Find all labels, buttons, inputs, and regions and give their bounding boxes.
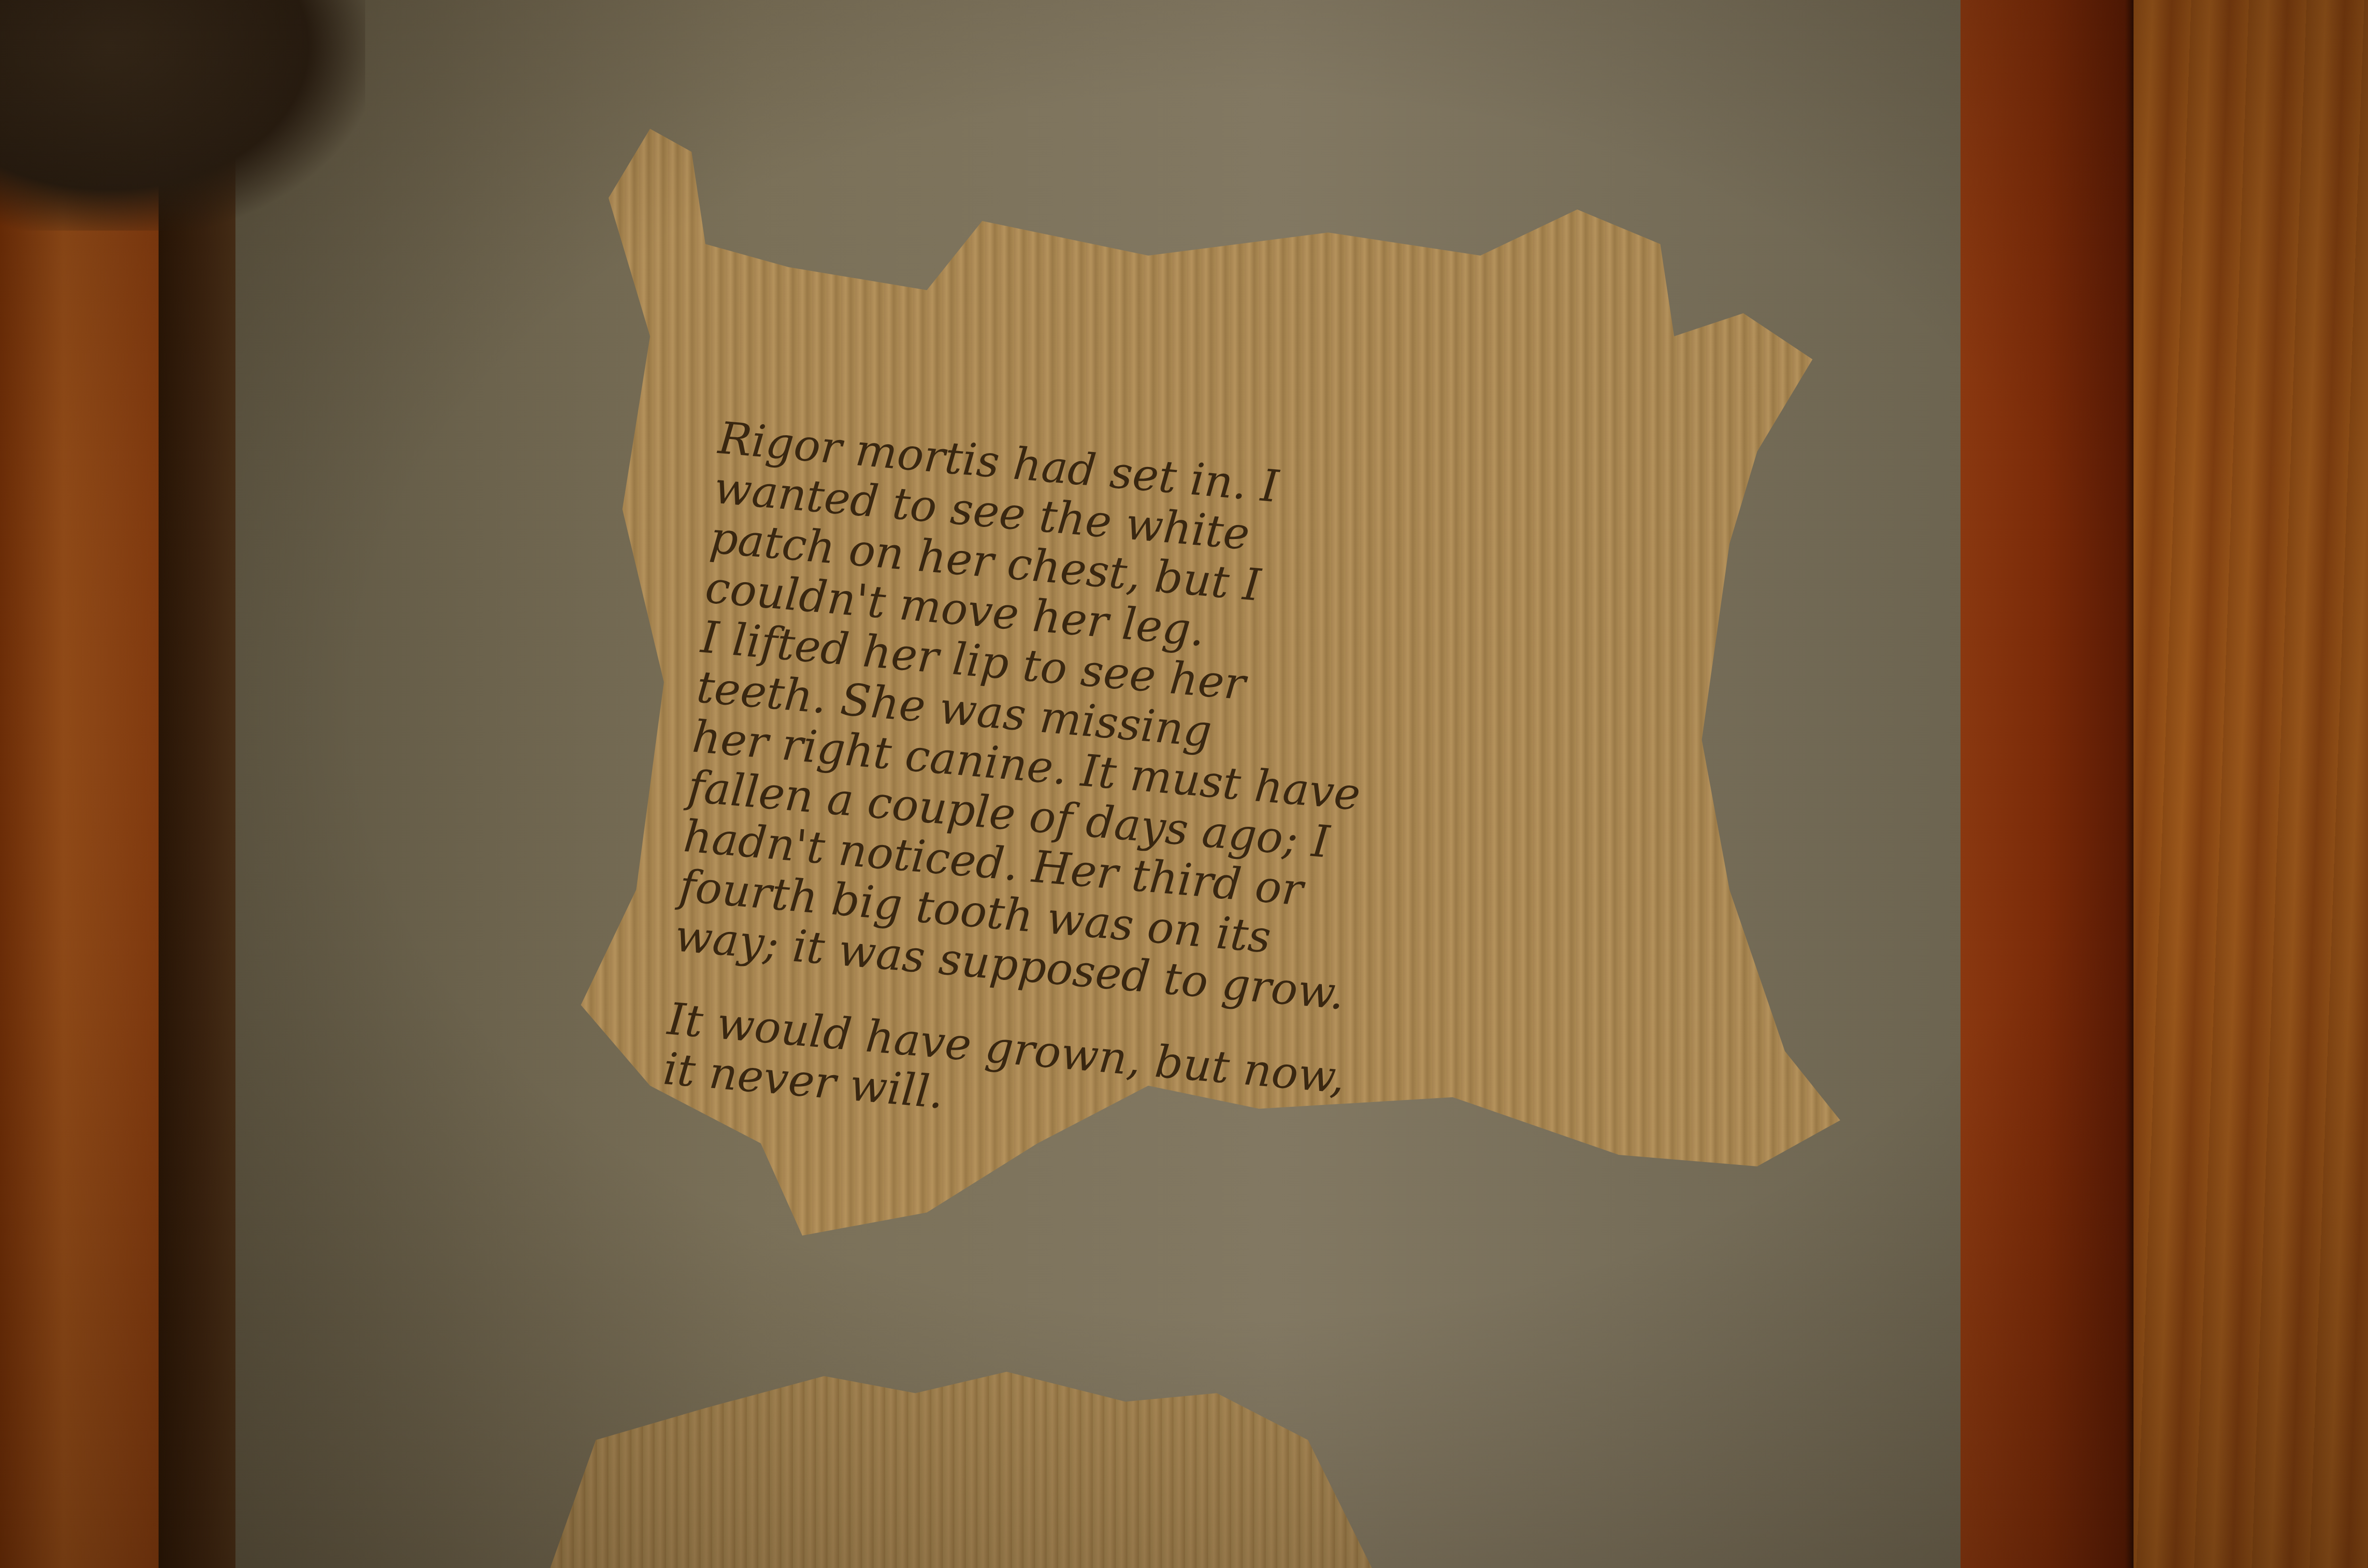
- left-frame-shadow: [159, 0, 235, 1568]
- left-wood-frame: [0, 0, 159, 1568]
- right-wood-frame: [2134, 0, 2368, 1568]
- right-inner-frame: [1961, 0, 2134, 1568]
- handwritten-text: Rigor mortis had set in. I wanted to see…: [661, 413, 1750, 1184]
- dark-fiber-corner: [0, 0, 365, 231]
- photo-scene: Rigor mortis had set in. I wanted to see…: [0, 0, 2368, 1568]
